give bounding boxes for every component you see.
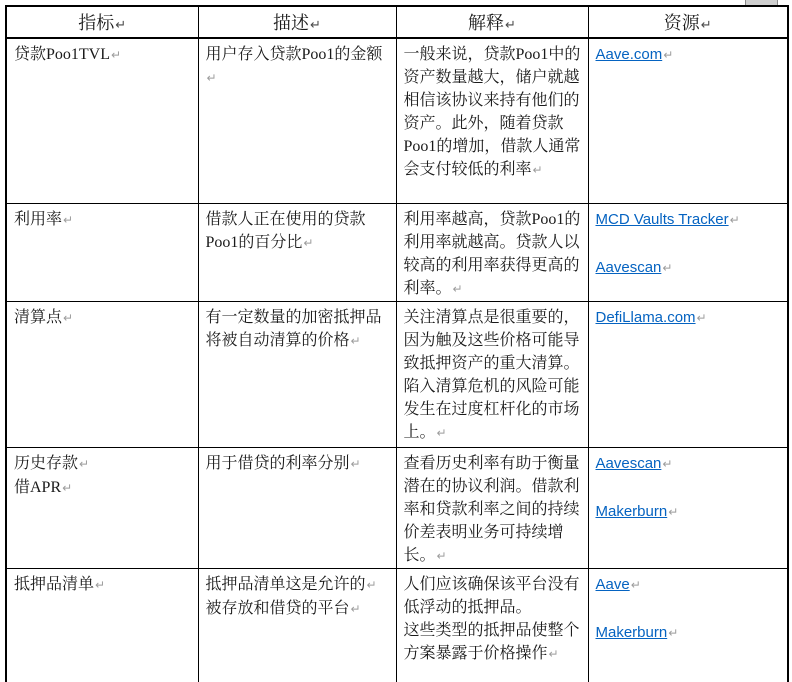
description-text: 用于借贷的利率分别 [206,455,350,472]
paragraph-mark-icon: ↵ [207,71,217,85]
explanation-paragraph: 关注清算点是很重要的，因为触及这些价格可能导致抵押资产的重大清算。陷入清算危机的… [404,306,582,445]
explanation-cell: 人们应该确保该平台没有低浮动的抵押品。这些类型的抵押品使整个方案暴露于价格操作↵ [396,568,588,682]
paragraph-mark-icon: ↵ [730,213,740,227]
resource-link[interactable]: MCD Vaults Tracker [596,211,729,228]
explanation-text: 查看历史利率有助于衡量潜在的协议利润。借款利率和贷款利率之间的持续价差表明业务可… [404,455,580,564]
paragraph-mark-icon: ↵ [668,626,678,640]
paragraph-mark-icon: ↵ [631,578,641,592]
description-text: 被存放和借贷的平台 [206,600,350,617]
indicator-cell: 清算点↵ [6,301,198,447]
paragraph-mark-icon: ↵ [62,481,72,495]
resource-item: Makerburn↵ [596,500,782,523]
indicator-text: 历史存款 [14,455,78,472]
paragraph-mark-icon: ↵ [63,311,73,325]
description-cell: 用户存入贷款Poo1的金额↵ [198,38,396,203]
resource-link[interactable]: Aavescan [596,259,662,276]
paragraph-mark-icon: ↵ [351,334,361,348]
description-paragraph: 借款人正在使用的贷款Poo1的百分比↵ [206,208,390,255]
table-row: 清算点↵有一定数量的加密抵押品将被自动清算的价格↵关注清算点是很重要的，因为触及… [6,301,788,447]
description-paragraph: 抵押品清单这是允许的↵ [206,573,390,597]
indicator-paragraph: 贷款Poo1TVL↵ [14,43,192,67]
description-cell: 抵押品清单这是允许的↵被存放和借贷的平台↵ [198,568,396,682]
explanation-text: 一般来说，贷款Poo1中的资产数量越大，储户就越相信该协议来持有他们的资产。此外… [404,46,581,178]
explanation-text: 利用率越高，贷款Poo1的利用率就越高。贷款人以较高的利用率获得更高的利率。 [404,211,581,297]
paragraph-mark-icon: ↵ [351,602,361,616]
indicator-paragraph: 历史存款↵ [14,452,192,476]
explanation-text: 人们应该确保该平台没有低浮动的抵押品。 [404,576,580,616]
indicator-cell: 利用率↵ [6,203,198,301]
indicator-text: 抵押品清单 [14,576,94,593]
resource-item: Aavescan↵ [596,452,782,475]
resources-cell: Aave.com↵ [588,38,788,203]
paragraph-mark-icon: ↵ [63,213,73,227]
header-label: 解释 [468,13,504,33]
indicator-cell: 历史存款↵借APR↵ [6,447,198,568]
explanation-paragraph: 查看历史利率有助于衡量潜在的协议利润。借款利率和贷款利率之间的持续价差表明业务可… [404,452,582,568]
explanation-paragraph: 这些类型的抵押品使整个方案暴露于价格操作↵ [404,619,582,666]
indicator-cell: 贷款Poo1TVL↵ [6,38,198,203]
resource-link[interactable]: Makerburn [596,503,668,520]
description-text: 借款人正在使用的贷款Poo1的百分比 [206,211,366,251]
explanation-text: 关注清算点是很重要的，因为触及这些价格可能导致抵押资产的重大清算。陷入清算危机的… [404,309,580,441]
resource-link[interactable]: DefiLlama.com [596,309,696,326]
description-paragraph: 用于借贷的利率分别↵ [206,452,390,476]
paragraph-mark-icon: ↵ [663,48,673,62]
indicator-text: 清算点 [14,309,62,326]
indicator-text: 贷款Poo1TVL [14,46,110,63]
explanation-cell: 关注清算点是很重要的，因为触及这些价格可能导致抵押资产的重大清算。陷入清算危机的… [396,301,588,447]
resource-item: Aave↵ [596,573,782,596]
document-page: 指标↵描述↵解释↵资源↵ 贷款Poo1TVL↵用户存入贷款Poo1的金额↵一般来… [0,0,792,682]
paragraph-mark-icon: ↵ [668,505,678,519]
resources-cell: Aavescan↵Makerburn↵ [588,447,788,568]
indicator-paragraph: 利用率↵ [14,208,192,232]
resources-cell: Aave↵Makerburn↵ [588,568,788,682]
description-cell: 借款人正在使用的贷款Poo1的百分比↵ [198,203,396,301]
paragraph-mark-icon: ↵ [533,163,543,177]
paragraph-mark-icon: ↵ [697,311,707,325]
header-label: 资源 [664,13,700,33]
paragraph-mark-icon: ↵ [79,457,89,471]
column-header-1: 描述↵ [198,6,396,38]
header-row: 指标↵描述↵解释↵资源↵ [6,6,788,38]
column-header-0: 指标↵ [6,6,198,38]
metrics-table: 指标↵描述↵解释↵资源↵ 贷款Poo1TVL↵用户存入贷款Poo1的金额↵一般来… [5,5,789,682]
indicator-cell: 抵押品清单↵ [6,568,198,682]
paragraph-mark-icon: ↵ [303,236,313,250]
paragraph-mark-icon: ↵ [549,647,559,661]
paragraph-mark-icon: ↵ [701,18,712,33]
paragraph-mark-icon: ↵ [111,48,121,62]
resource-item: Aavescan↵ [596,256,782,279]
resource-item: MCD Vaults Tracker↵ [596,208,782,231]
explanation-paragraph: 利用率越高，贷款Poo1的利用率就越高。贷款人以较高的利用率获得更高的利率。↵ [404,208,582,301]
table-body: 贷款Poo1TVL↵用户存入贷款Poo1的金额↵一般来说，贷款Poo1中的资产数… [6,38,788,682]
resource-link[interactable]: Aave.com [596,46,663,63]
explanation-paragraph: 一般来说，贷款Poo1中的资产数量越大，储户就越相信该协议来持有他们的资产。此外… [404,43,582,182]
resource-link[interactable]: Makerburn [596,624,668,641]
resources-cell: DefiLlama.com↵ [588,301,788,447]
paragraph-mark-icon: ↵ [662,457,672,471]
resource-item: Makerburn↵ [596,621,782,644]
table-row: 利用率↵借款人正在使用的贷款Poo1的百分比↵利用率越高，贷款Poo1的利用率就… [6,203,788,301]
resources-cell: MCD Vaults Tracker↵Aavescan↵ [588,203,788,301]
header-label: 描述 [273,13,309,33]
paragraph-mark-icon: ↵ [310,18,321,33]
resource-link[interactable]: Aave [596,576,630,593]
indicator-text: 借APR [14,479,61,496]
description-cell: 用于借贷的利率分别↵ [198,447,396,568]
description-text: 用户存入贷款Poo1的金额 [206,46,383,63]
paragraph-mark-icon: ↵ [505,18,516,33]
indicator-text: 利用率 [14,211,62,228]
resource-item: DefiLlama.com↵ [596,306,782,329]
column-header-2: 解释↵ [396,6,588,38]
explanation-cell: 查看历史利率有助于衡量潜在的协议利润。借款利率和贷款利率之间的持续价差表明业务可… [396,447,588,568]
paragraph-mark-icon: ↵ [453,282,463,296]
table-row: 历史存款↵借APR↵用于借贷的利率分别↵查看历史利率有助于衡量潜在的协议利润。借… [6,447,788,568]
description-text: 抵押品清单这是允许的 [206,576,366,593]
paragraph-mark-icon: ↵ [351,457,361,471]
paragraph-mark-icon: ↵ [662,261,672,275]
paragraph-mark-icon: ↵ [437,426,447,440]
resource-item: Aave.com↵ [596,43,782,66]
explanation-cell: 一般来说，贷款Poo1中的资产数量越大，储户就越相信该协议来持有他们的资产。此外… [396,38,588,203]
resource-link[interactable]: Aavescan [596,455,662,472]
paragraph-mark-icon: ↵ [367,578,377,592]
indicator-paragraph: 抵押品清单↵ [14,573,192,597]
paragraph-mark-icon: ↵ [115,18,126,33]
description-paragraph: 有一定数量的加密抵押品将被自动清算的价格↵ [206,306,390,353]
description-cell: 有一定数量的加密抵押品将被自动清算的价格↵ [198,301,396,447]
table-row: 抵押品清单↵抵押品清单这是允许的↵被存放和借贷的平台↵人们应该确保该平台没有低浮… [6,568,788,682]
table-row: 贷款Poo1TVL↵用户存入贷款Poo1的金额↵一般来说，贷款Poo1中的资产数… [6,38,788,203]
description-paragraph: 被存放和借贷的平台↵ [206,597,390,621]
indicator-paragraph: 借APR↵ [14,476,192,500]
paragraph-mark-icon: ↵ [437,549,447,563]
indicator-paragraph: 清算点↵ [14,306,192,330]
column-header-3: 资源↵ [588,6,788,38]
explanation-cell: 利用率越高，贷款Poo1的利用率就越高。贷款人以较高的利用率获得更高的利率。↵ [396,203,588,301]
paragraph-mark-icon: ↵ [95,578,105,592]
header-label: 指标 [78,13,114,33]
description-paragraph: 用户存入贷款Poo1的金额↵ [206,43,390,90]
explanation-paragraph: 人们应该确保该平台没有低浮动的抵押品。 [404,573,582,619]
